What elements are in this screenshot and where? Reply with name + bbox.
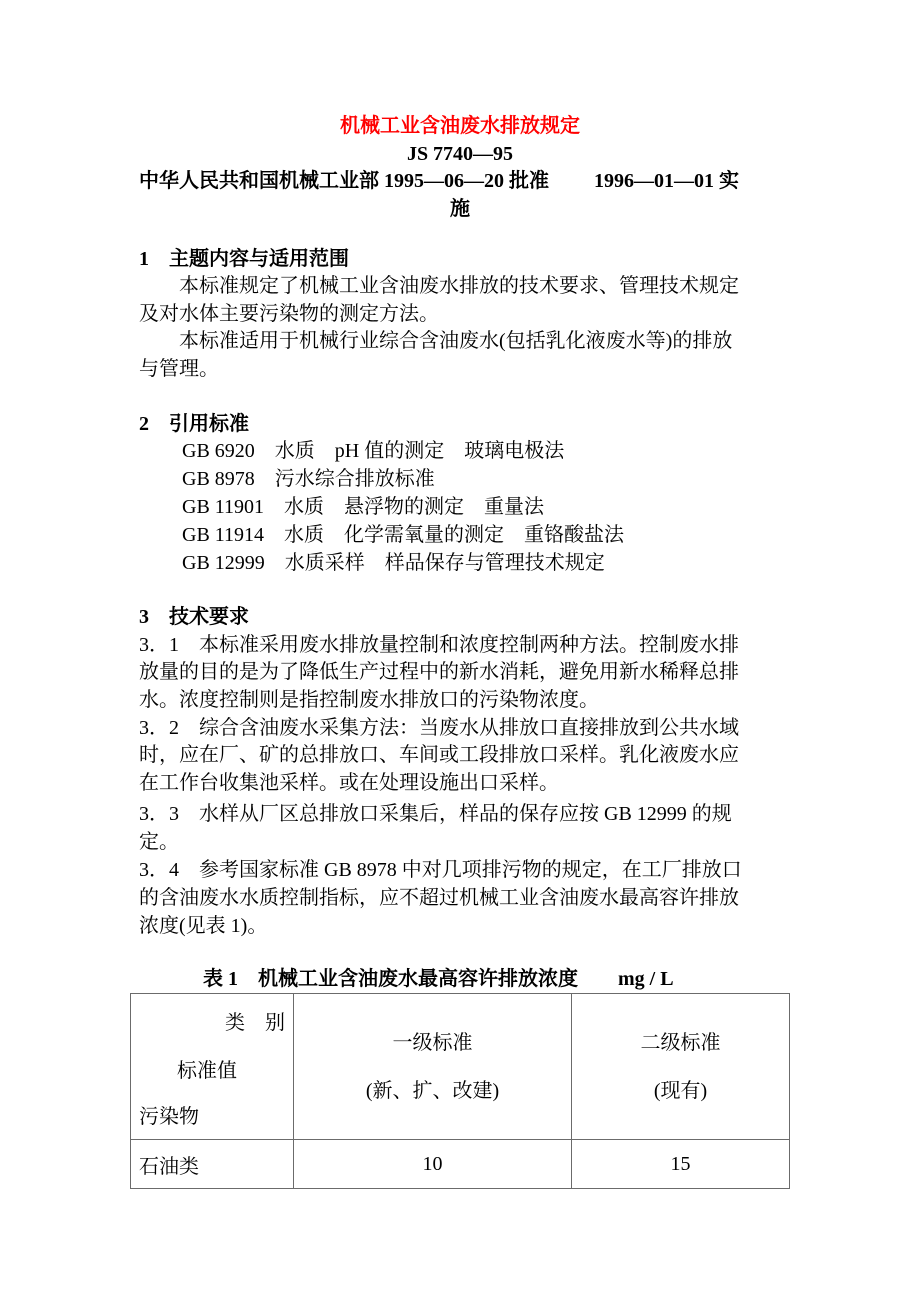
header-standard-value-label: 标准值 [177,1054,237,1083]
reference-item: GB 12999 水质采样 样品保存与管理技术规定 [182,550,605,577]
section-3-line: 的含油废水水质控制指标，应不超过机械工业含油废水最高容许排放 [139,885,739,912]
grade-2-note: (现有) [572,1067,789,1115]
reference-item: GB 6920 水质 pH 值的测定 玻璃电极法 [182,438,564,465]
section-1-line: 及对水体主要污染物的测定方法。 [139,301,439,328]
section-3-line: 定。 [139,829,179,856]
header-category-label: 类 别 [225,1006,285,1035]
header-diagonal-cell: 类 别 标准值 污染物 [131,994,294,1140]
section-1-line: 本标准规定了机械工业含油废水排放的技术要求、管理技术规定 [139,273,739,300]
section-1-line: 本标准适用于机械行业综合含油废水(包括乳化液废水等)的排放 [139,328,732,355]
grade-2-value: 15 [572,1140,790,1189]
emission-limits-table: 类 别 标准值 污染物 一级标准 (新、扩、改建) 二级标准 (现有) 石油类 [130,993,790,1189]
header-pollutant-label: 污染物 [139,1100,199,1129]
document-page: 机械工业含油废水排放规定 JS 7740—95 中华人民共和国机械工业部 199… [0,0,920,1302]
header-grade-2: 二级标准 (现有) [572,994,790,1140]
table-header-row: 类 别 标准值 污染物 一级标准 (新、扩、改建) 二级标准 (现有) [131,994,790,1140]
pollutant-cell: 石油类 [131,1140,294,1189]
section-1-heading: 1 主题内容与适用范围 [139,246,349,273]
section-3-line: 3．1 本标准采用废水排放量控制和浓度控制两种方法。控制废水排 [139,632,739,659]
issuer-line: 中华人民共和国机械工业部 1995—06—20 批准 1996—01—01 实 [139,168,739,195]
reference-item: GB 11914 水质 化学需氧量的测定 重铬酸盐法 [182,522,624,549]
document-code: JS 7740—95 [0,141,920,168]
section-3-line: 时，应在厂、矿的总排放口、车间或工段排放口采样。乳化液废水应 [139,742,739,769]
header-grade-1: 一级标准 (新、扩、改建) [294,994,572,1140]
reference-item: GB 11901 水质 悬浮物的测定 重量法 [182,494,544,521]
section-3-line: 3．4 参考国家标准 GB 8978 中对几项排污物的规定，在工厂排放口 [139,857,742,884]
table-caption: 表 1 机械工业含油废水最高容许排放浓度 mg / L [203,966,674,993]
section-3-line: 在工作台收集池采样。或在处理设施出口采样。 [139,770,559,797]
section-3-heading: 3 技术要求 [139,604,249,631]
section-3-line: 水。浓度控制则是指控制废水排放口的污染物浓度。 [139,687,599,714]
reference-item: GB 8978 污水综合排放标准 [182,466,435,493]
section-1-line: 与管理。 [139,356,219,383]
grade-1-value: 10 [294,1140,572,1189]
section-3-line: 放量的目的是为了降低生产过程中的新水消耗，避免用新水稀释总排 [139,659,739,686]
issuer-line-wrap: 施 [0,196,920,223]
grade-1-note: (新、扩、改建) [294,1067,571,1115]
table-row: 石油类 10 15 [131,1140,790,1189]
section-3-line: 3．3 水样从厂区总排放口采集后，样品的保存应按 GB 12999 的规 [139,801,732,828]
grade-2-label: 二级标准 [572,1019,789,1067]
section-3-line: 3．2 综合含油废水采集方法：当废水从排放口直接排放到公共水域 [139,715,739,742]
section-3-line: 浓度(见表 1)。 [139,913,267,940]
document-title: 机械工业含油废水排放规定 [0,113,920,140]
grade-1-label: 一级标准 [294,1019,571,1067]
section-2-heading: 2 引用标准 [139,411,249,438]
